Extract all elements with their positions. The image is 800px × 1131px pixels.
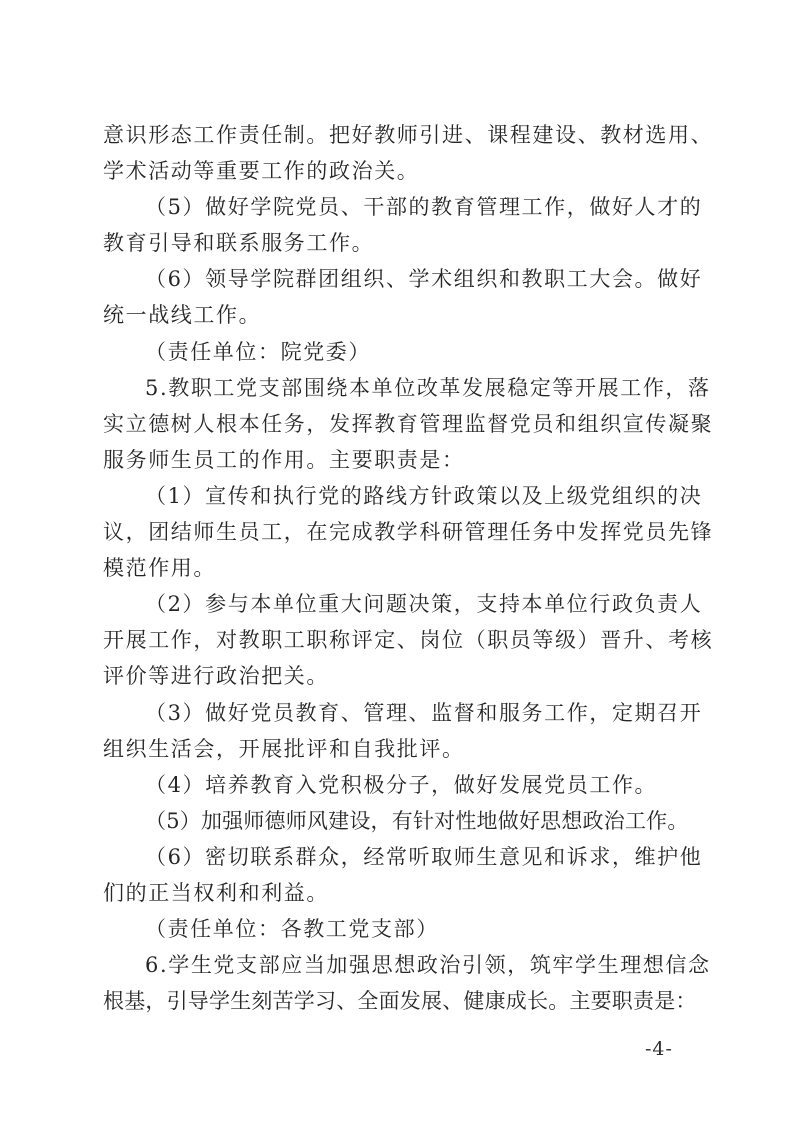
text-line: 模范作用。: [103, 550, 718, 586]
text-line: （5）加强师德师风建设，有针对性地做好思想政治工作。: [103, 803, 718, 839]
text-line: 开展工作，对教职工职称评定、岗位（职员等级）晋升、考核: [103, 622, 718, 658]
text-line: （5）做好学院党员、干部的教育管理工作，做好人才的: [103, 189, 718, 225]
text-line: 服务师生员工的作用。主要职责是：: [103, 442, 718, 478]
text-line: 议，团结师生员工，在完成教学科研管理任务中发挥党员先锋: [103, 514, 718, 550]
document-page: 意识形态工作责任制。把好教师引进、课程建设、教材选用、学术活动等重要工作的政治关…: [0, 0, 800, 1131]
text-line: 评价等进行政治把关。: [103, 658, 718, 694]
text-line: 实立德树人根本任务，发挥教育管理监督党员和组织宣传凝聚: [103, 406, 718, 442]
text-line: （2）参与本单位重大问题决策，支持本单位行政负责人: [103, 586, 718, 622]
text-line: 统一战线工作。: [103, 297, 718, 333]
page-number: -4-: [645, 1038, 673, 1060]
text-line: （3）做好党员教育、管理、监督和服务工作，定期召开: [103, 695, 718, 731]
text-line: 6.学生党支部应当加强思想政治引领，筑牢学生理想信念: [103, 947, 718, 983]
text-line: 学术活动等重要工作的政治关。: [103, 153, 718, 189]
text-line: 根基，引导学生刻苦学习、全面发展、健康成长。主要职责是：: [103, 983, 718, 1019]
text-line: 教育引导和联系服务工作。: [103, 225, 718, 261]
text-line: （6）领导学院群团组织、学术组织和教职工大会。做好: [103, 261, 718, 297]
text-line: 们的正当权利和利益。: [103, 875, 718, 911]
text-line: 组织生活会，开展批评和自我批评。: [103, 731, 718, 767]
text-line: （1）宣传和执行党的路线方针政策以及上级党组织的决: [103, 478, 718, 514]
document-body: 意识形态工作责任制。把好教师引进、课程建设、教材选用、学术活动等重要工作的政治关…: [103, 117, 718, 1019]
text-line: （4）培养教育入党积极分子，做好发展党员工作。: [103, 767, 718, 803]
text-line: （责任单位：各教工党支部）: [103, 911, 718, 947]
text-line: （责任单位：院党委）: [103, 334, 718, 370]
text-line: （6）密切联系群众，经常听取师生意见和诉求，维护他: [103, 839, 718, 875]
text-line: 5.教职工党支部围绕本单位改革发展稳定等开展工作，落: [103, 370, 718, 406]
text-line: 意识形态工作责任制。把好教师引进、课程建设、教材选用、: [103, 117, 718, 153]
